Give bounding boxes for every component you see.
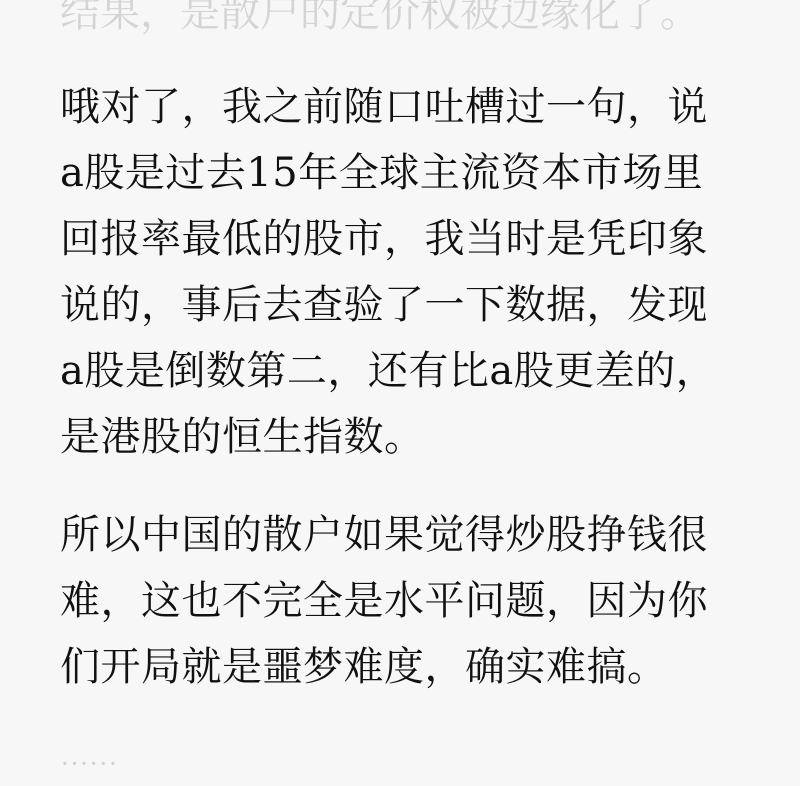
text-line: 难，这也不完全是水平问题，因为你 [60,568,740,634]
text-line: 说的，事后去查验了一下数据，发现 [60,272,740,338]
faded-previous-text-line: 结果，是散户的定价权被边缘化了。 [60,0,760,46]
text-line: 哦对了，我之前随口吐槽过一句，说 [60,74,740,140]
text-line: 所以中国的散户如果觉得炒股挣钱很 [60,502,740,568]
text-line: 回报率最低的股市，我当时是凭印象 [60,206,740,272]
paragraph-hk-a-share-returns: 哦对了，我之前随口吐槽过一句，说 a股是过去15年全球主流资本市场里 回报率最低… [60,74,740,470]
text-line: a股是倒数第二，还有比a股更差的， [60,338,740,404]
continuation-ellipsis: ······ [61,752,119,776]
text-line: a股是过去15年全球主流资本市场里 [60,140,740,206]
paragraph-retail-investors: 所以中国的散户如果觉得炒股挣钱很 难，这也不完全是水平问题，因为你 们开局就是噩… [60,502,740,700]
text-line: 们开局就是噩梦难度，确实难搞。 [60,634,740,700]
text-line: 是港股的恒生指数。 [60,404,740,470]
